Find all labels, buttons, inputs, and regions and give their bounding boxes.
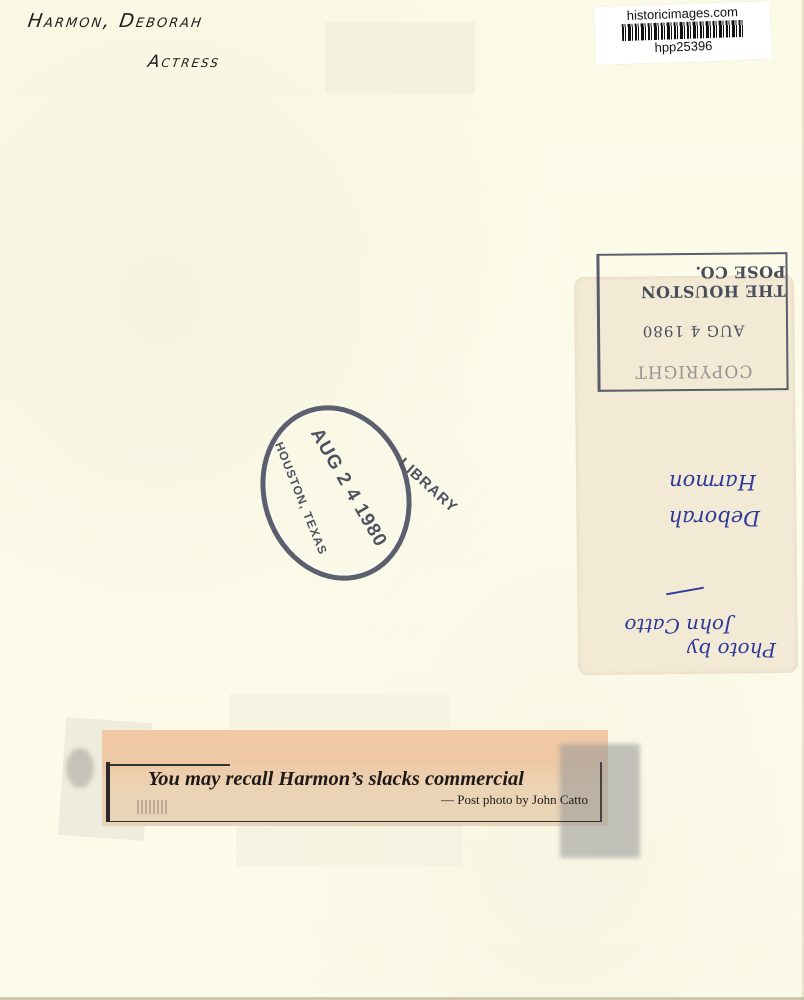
stamp-date: AUG 4 1980 bbox=[642, 322, 745, 341]
card-hand-dash bbox=[666, 587, 704, 596]
card-handwriting: Photo by John Catto Deborah Harmon bbox=[600, 430, 790, 670]
stamp-copyright-label: COPYRIGHT bbox=[634, 360, 752, 381]
handwritten-title: Actress bbox=[147, 52, 222, 72]
barcode-site: historicimages.com bbox=[594, 3, 770, 24]
card-hand-line: Photo by bbox=[687, 638, 776, 662]
copyright-stamp: COPYRIGHT AUG 4 1980 THE HOUSTON POSE CO… bbox=[596, 252, 788, 392]
clipping-tiny-mark bbox=[137, 800, 167, 814]
card-hand-line: Harmon bbox=[669, 470, 756, 494]
handwritten-name: Harmon, Deborah bbox=[26, 10, 204, 32]
card-hand-line: John Catto bbox=[624, 614, 732, 638]
tape-smudge bbox=[66, 748, 94, 788]
stamp-company: THE HOUSTON POSE CO. bbox=[599, 262, 785, 302]
barcode-label: historicimages.com hpp25396 bbox=[594, 1, 772, 65]
clipping-caption: You may recall Harmon’s slacks commercia… bbox=[148, 768, 524, 791]
clipping-rule bbox=[110, 764, 230, 766]
clipping-credit: — Post photo by John Catto bbox=[441, 792, 588, 808]
card-hand-line: Deborah bbox=[669, 506, 760, 530]
tape-top bbox=[230, 694, 450, 734]
tape-bottom bbox=[236, 822, 462, 866]
faint-tape-residue bbox=[325, 22, 475, 94]
